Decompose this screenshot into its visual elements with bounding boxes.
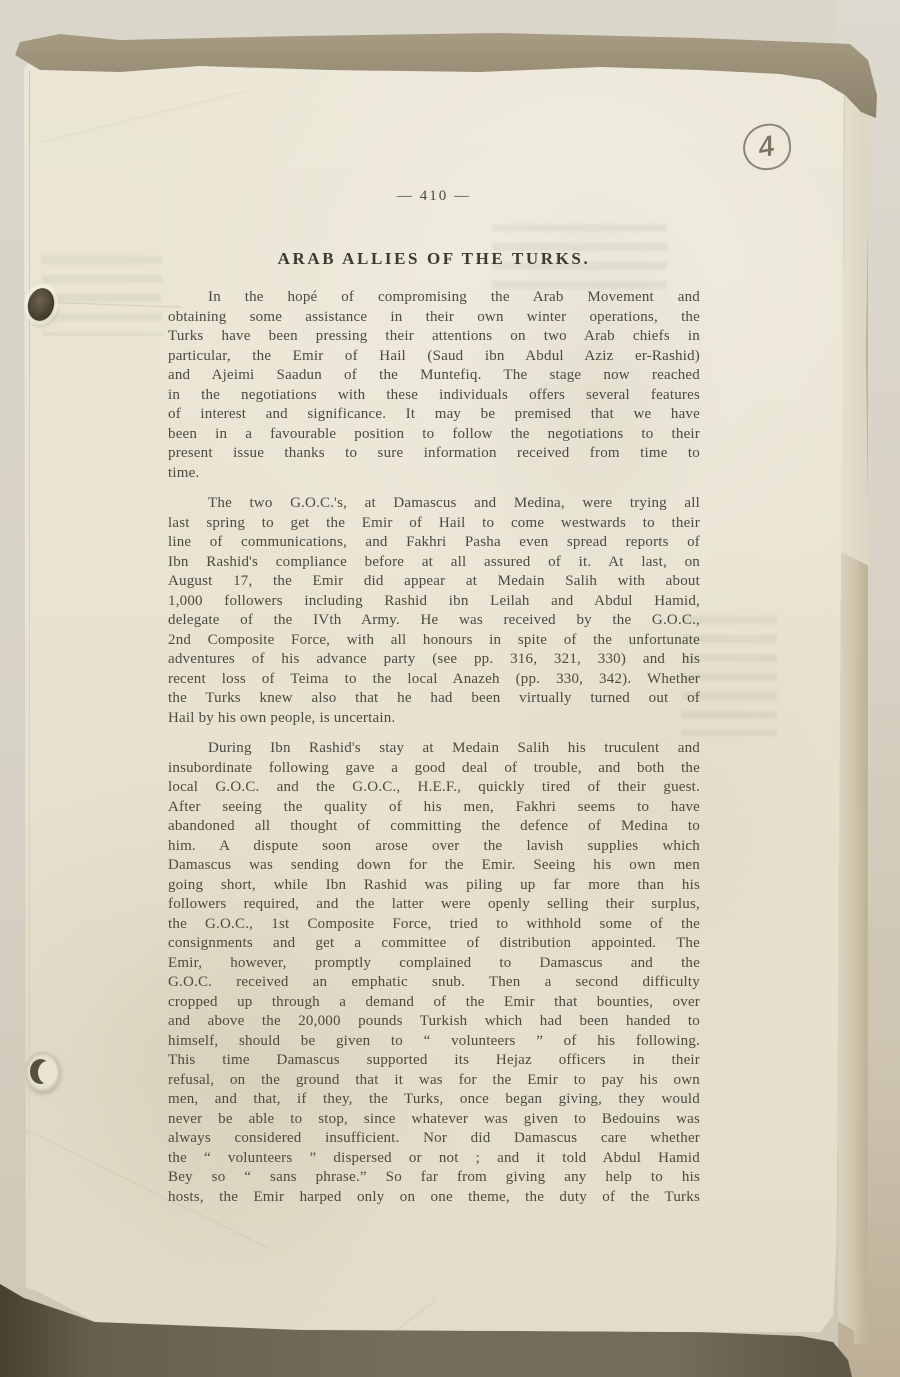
text-line: last spring to get the Emir of Hail to c…: [168, 514, 700, 534]
text-line: obtaining some assistance in their own w…: [168, 308, 700, 328]
text-line: The two G.O.C.'s, at Damascus and Medina…: [168, 494, 700, 514]
text-line: August 17, the Emir did appear at Medain…: [168, 572, 700, 592]
body-text: In the hopé of compromising the Arab Mov…: [168, 288, 700, 1218]
text-line: consignments and get a committee of dist…: [168, 934, 700, 954]
text-line: G.O.C. received an emphatic snub. Then a…: [168, 973, 700, 993]
punch-hole: [25, 1052, 60, 1092]
text-line: particular, the Emir of Hail (Saud ibn A…: [168, 347, 700, 367]
text-line: Turks have been pressing their attention…: [168, 327, 700, 347]
text-line: the G.O.C., 1st Composite Force, tried t…: [168, 915, 700, 935]
text-line: refusal, on the ground that it was for t…: [168, 1071, 700, 1091]
text-line: of interest and significance. It may be …: [168, 405, 700, 425]
text-line: always considered insufficient. Nor did …: [168, 1129, 700, 1149]
text-line: followers required, and the latter were …: [168, 895, 700, 915]
page-title: ARAB ALLIES OF THE TURKS.: [168, 249, 700, 269]
scanned-document-page: 4 — 410 — ARAB ALLIES OF THE TURKS. In t…: [0, 0, 900, 1377]
text-line: Bey so “ sans phrase.” So far from givin…: [168, 1168, 700, 1188]
paragraph: The two G.O.C.'s, at Damascus and Medina…: [168, 494, 700, 728]
text-line: This time Damascus supported its Hejaz o…: [168, 1051, 700, 1071]
text-line: After seeing the quality of his men, Fak…: [168, 798, 700, 818]
text-line: 2nd Composite Force, with all honours in…: [168, 631, 700, 651]
document-page: 4 — 410 — ARAB ALLIES OF THE TURKS. In t…: [22, 56, 844, 1336]
ink-bleedthrough: [42, 256, 162, 336]
text-line: hosts, the Emir harped only on one theme…: [168, 1188, 700, 1208]
text-line: never be able to stop, since whatever wa…: [168, 1110, 700, 1130]
text-line: present issue thanks to sure information…: [168, 444, 700, 464]
text-line: and Ajeimi Saadun of the Muntefiq. The s…: [168, 366, 700, 386]
paragraph: In the hopé of compromising the Arab Mov…: [168, 288, 700, 483]
text-line: him. A dispute soon arose over the lavis…: [168, 837, 700, 857]
punch-hole-highlight: [38, 1061, 57, 1084]
text-line: line of communications, and Fakhri Pasha…: [168, 533, 700, 553]
text-line: men, and that, if they, the Turks, once …: [168, 1090, 700, 1110]
text-line: Emir, however, promptly complained to Da…: [168, 954, 700, 974]
text-line: abandoned all thought of committing the …: [168, 817, 700, 837]
text-line: Hail by his own people, is uncertain.: [168, 709, 700, 729]
text-line: adventures of his advance party (see pp.…: [168, 650, 700, 670]
text-line: himself, should be given to “ volunteers…: [168, 1032, 700, 1052]
text-line: time.: [168, 464, 700, 484]
text-line: the Turks knew also that he had been vir…: [168, 689, 700, 709]
text-line: Damascus was sending down for the Emir. …: [168, 856, 700, 876]
text-line: In the hopé of compromising the Arab Mov…: [168, 288, 700, 308]
text-line: going short, while Ibn Rashid was piling…: [168, 876, 700, 896]
page-number: — 410 —: [168, 188, 700, 205]
pencil-circled-number: 4: [741, 122, 794, 173]
text-line: local G.O.C. and the G.O.C., H.E.F., qui…: [168, 778, 700, 798]
paragraph: During Ibn Rashid's stay at Medain Salih…: [168, 739, 700, 1207]
text-line: cropped up through a demand of the Emir …: [168, 993, 700, 1013]
text-line: 1,000 followers including Rashid ibn Lei…: [168, 592, 700, 612]
text-line: delegate of the IVth Army. He was receiv…: [168, 611, 700, 631]
text-line: insubordinate following gave a good deal…: [168, 759, 700, 779]
text-line: During Ibn Rashid's stay at Medain Salih…: [168, 739, 700, 759]
page-crease: [43, 91, 247, 143]
text-line: Ibn Rashid's compliance before at all as…: [168, 553, 700, 573]
text-line: and above the 20,000 pounds Turkish whic…: [168, 1012, 700, 1032]
text-line: been in a favourable position to follow …: [168, 425, 700, 445]
text-line: recent loss of Teima to the local Anazeh…: [168, 670, 700, 690]
text-line: the “ volunteers ” dispersed or not ; an…: [168, 1149, 700, 1169]
text-line: in the negotiations with these individua…: [168, 386, 700, 406]
circled-number-text: 4: [758, 130, 775, 164]
